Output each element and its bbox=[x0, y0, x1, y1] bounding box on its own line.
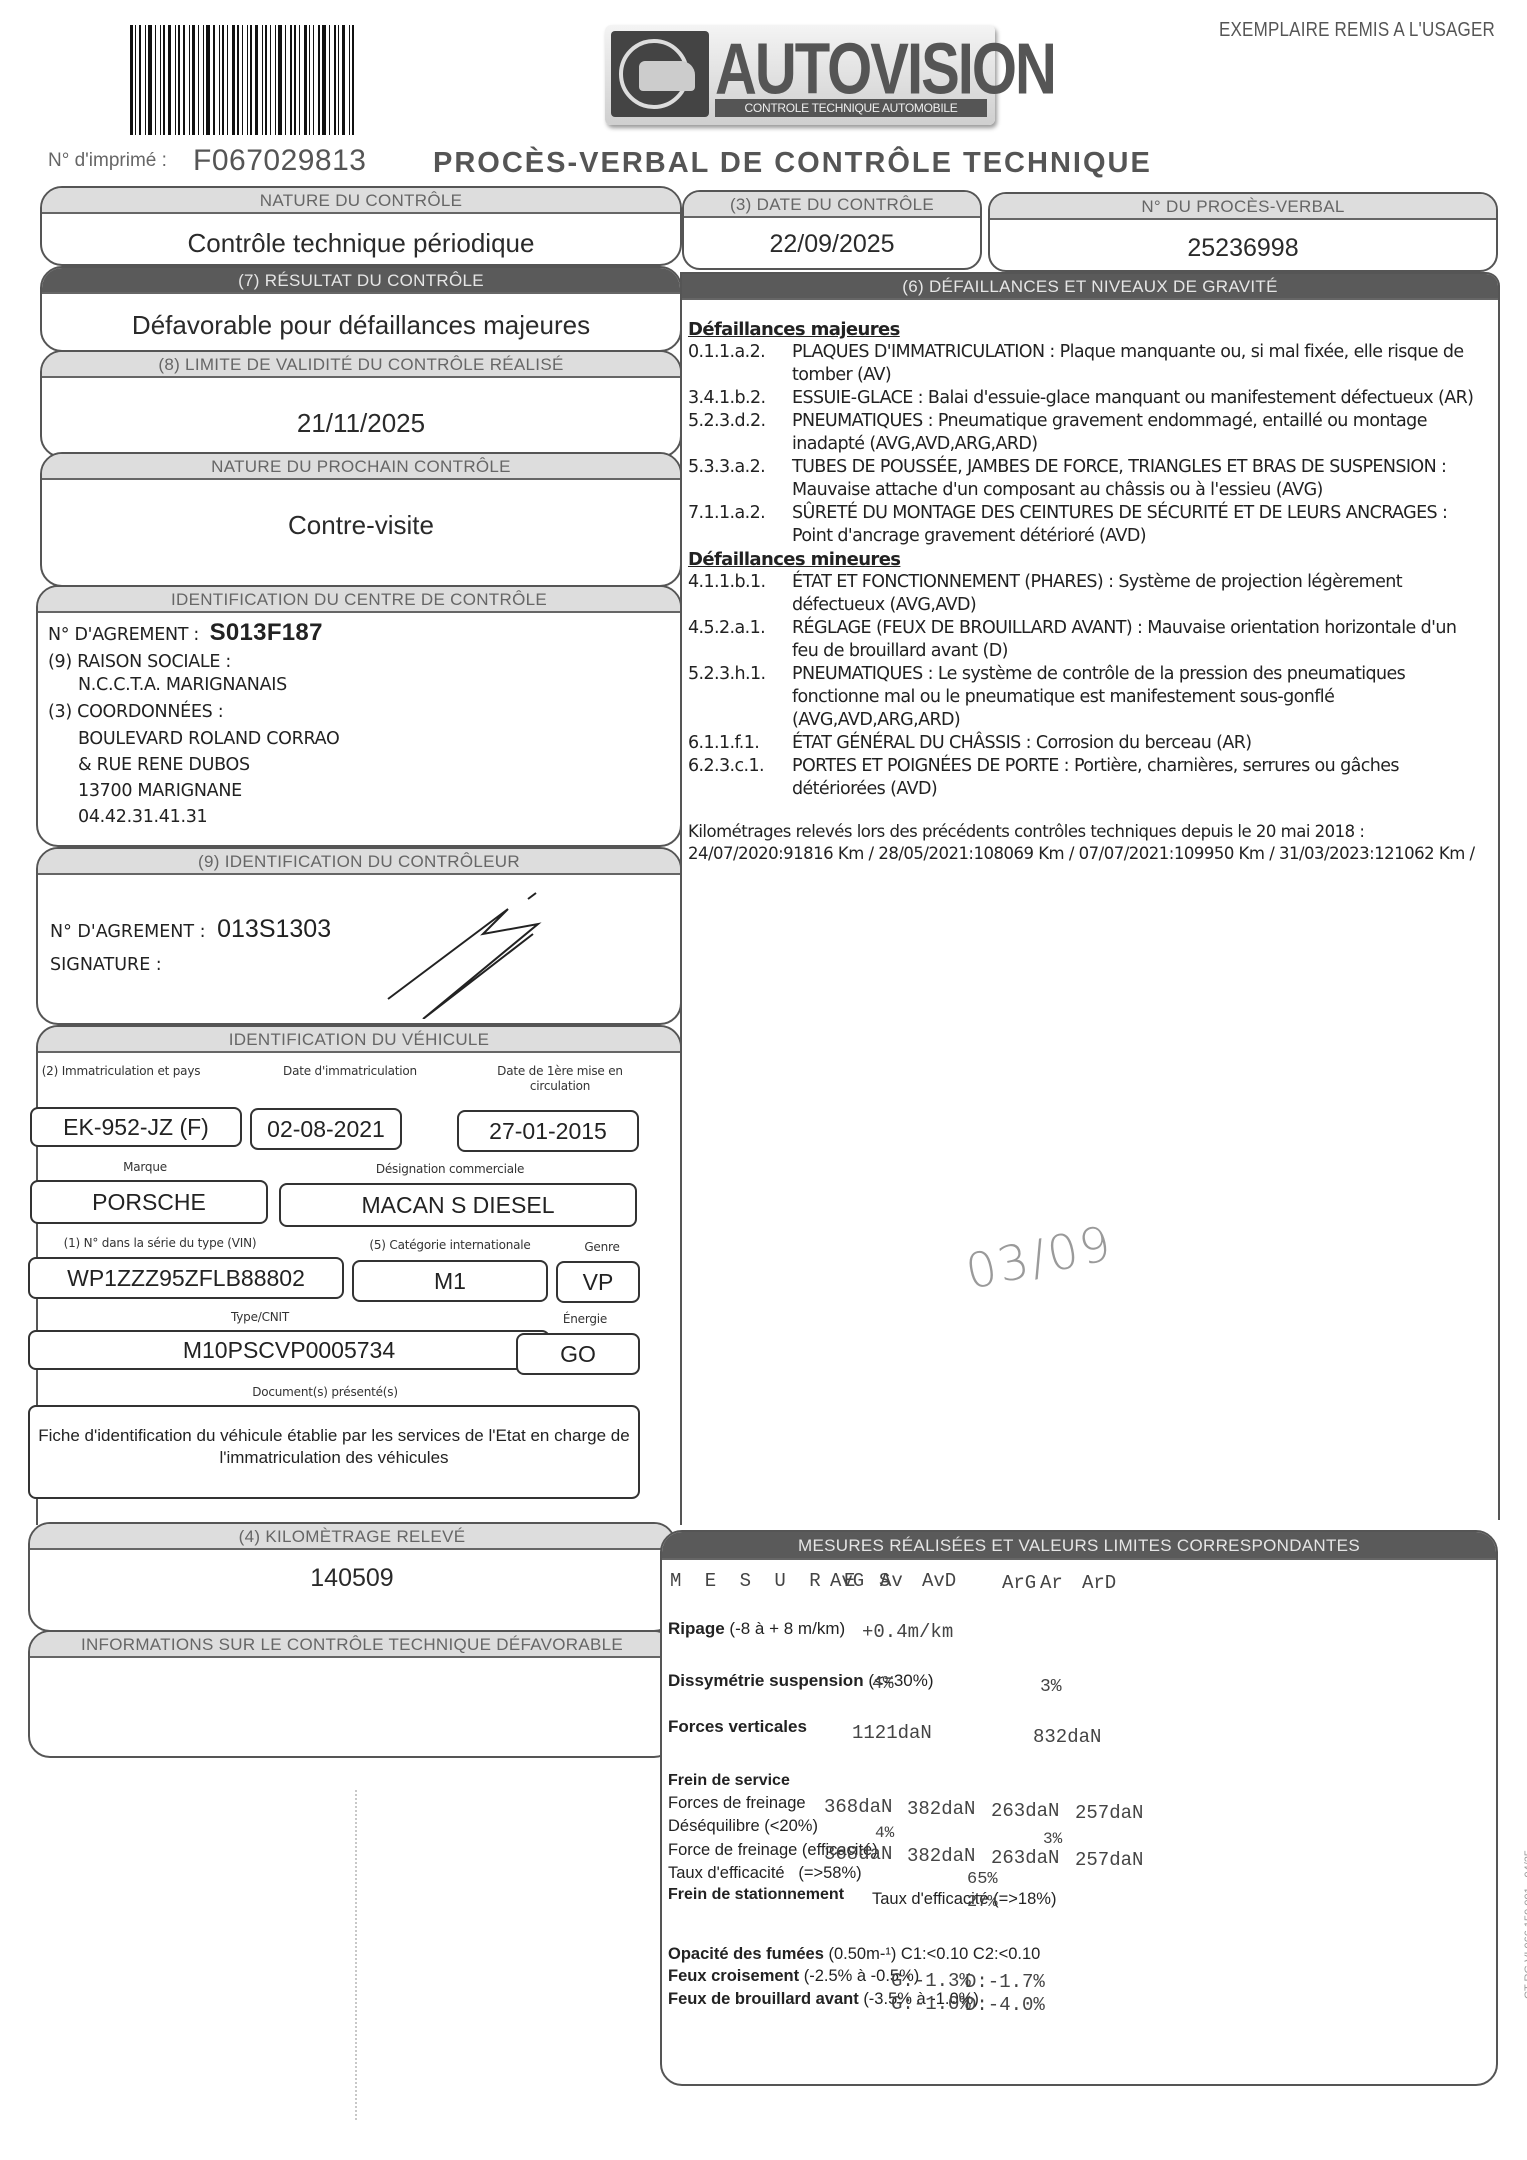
forces-freinage-label: Forces de freinage bbox=[668, 1794, 806, 1813]
col-avg: AvG bbox=[830, 1570, 864, 1592]
defaillance-code: 5.2.3.d.2. bbox=[688, 410, 792, 456]
scan-fold-line bbox=[355, 1790, 357, 2120]
feux-brouillard-d: D:-4.0% bbox=[965, 1994, 1045, 2016]
genre-field: VP bbox=[556, 1261, 640, 1303]
feux-brouillard-g: G:-1.0% bbox=[891, 1993, 971, 2015]
force-efficacite-avg: 368daN bbox=[824, 1843, 892, 1865]
force-efficacite-ard: 257daN bbox=[1075, 1849, 1143, 1871]
opacite-label: Opacité des fumées bbox=[668, 1945, 824, 1963]
desequilibre-ar: 3% bbox=[1043, 1830, 1062, 1848]
defaillance-code: 7.1.1.a.2. bbox=[688, 502, 792, 548]
cnit-label: Type/CNIT bbox=[215, 1310, 305, 1325]
date-controle-value: 22/09/2025 bbox=[684, 218, 980, 259]
date-controle-heading: (3) DATE DU CONTRÔLE bbox=[684, 192, 980, 218]
barcode bbox=[130, 25, 430, 135]
kilometrage-section: (4) KILOMÈTRAGE RELEVÉ 140509 bbox=[28, 1522, 676, 1632]
col-av: Av bbox=[880, 1570, 903, 1592]
defaillance-item: 0.1.1.a.2.PLAQUES D'IMMATRICULATION : Pl… bbox=[688, 341, 1484, 387]
defaillance-code: 5.3.3.a.2. bbox=[688, 456, 792, 502]
address-line: 13700 MARIGNANE bbox=[78, 778, 670, 804]
defaillance-code: 0.1.1.a.2. bbox=[688, 341, 792, 387]
vin-field: WP1ZZZ95ZFLB88802 bbox=[28, 1257, 344, 1299]
immat-label: (2) Immatriculation et pays bbox=[36, 1064, 206, 1079]
majeures-title: Défaillances majeures bbox=[688, 318, 1484, 341]
prochain-controle-heading: NATURE DU PROCHAIN CONTRÔLE bbox=[42, 454, 680, 480]
cnit-field: M10PSCVP0005734 bbox=[28, 1330, 550, 1370]
kilometrage-value: 140509 bbox=[30, 1550, 674, 1593]
feux-brouillard-label: Feux de brouillard avant bbox=[668, 1990, 859, 2008]
col-ar: Ar bbox=[1040, 1572, 1063, 1594]
forces-freinage-ard: 257daN bbox=[1075, 1802, 1143, 1824]
prochain-controle-section: NATURE DU PROCHAIN CONTRÔLE Contre-visit… bbox=[40, 452, 682, 587]
desequilibre-label: Déséquilibre (<20%) bbox=[668, 1817, 818, 1836]
col-ard: ArD bbox=[1082, 1572, 1116, 1594]
prochain-controle-value: Contre-visite bbox=[42, 480, 680, 541]
validite-value: 21/11/2025 bbox=[42, 378, 680, 439]
controleur-heading: (9) IDENTIFICATION DU CONTRÔLEUR bbox=[38, 849, 680, 875]
address-line: & RUE RENE DUBOS bbox=[78, 752, 670, 778]
col-arg: ArG bbox=[1002, 1572, 1036, 1594]
categorie-label: (5) Catégorie internationale bbox=[350, 1238, 550, 1253]
defaillance-text: PORTES ET POIGNÉES DE PORTE : Portière, … bbox=[792, 755, 1484, 801]
defaillance-text: ÉTAT GÉNÉRAL DU CHÂSSIS : Corrosion du b… bbox=[792, 732, 1484, 755]
defaillance-code: 4.5.2.a.1. bbox=[688, 617, 792, 663]
forces-freinage-arg: 263daN bbox=[991, 1800, 1059, 1822]
defaillance-text: PNEUMATIQUES : Le système de contrôle de… bbox=[792, 663, 1484, 732]
form-reference: CT RG VI 066 150 001 - 04/25 bbox=[1523, 1850, 1527, 1999]
opacite-row: Opacité des fumées (0.50m-¹) C1:<0.10 C2… bbox=[668, 1945, 1040, 1964]
force-efficacite-arg: 263daN bbox=[991, 1847, 1059, 1869]
km-history-intro: Kilométrages relevés lors des précédents… bbox=[688, 821, 1484, 843]
pv-number-value: 25236998 bbox=[990, 220, 1496, 263]
resultat-value: Défavorable pour défaillances majeures bbox=[42, 294, 680, 341]
defaillance-text: PLAQUES D'IMMATRICULATION : Plaque manqu… bbox=[792, 341, 1484, 387]
coordonnees-label: (3) COORDONNÉES : bbox=[48, 699, 670, 726]
frein-service-label: Frein de service bbox=[668, 1772, 790, 1790]
categorie-field: M1 bbox=[352, 1260, 548, 1302]
stationnement-taux-value: 27% bbox=[967, 1893, 998, 1912]
defaillance-text: TUBES DE POUSSÉE, JAMBES DE FORCE, TRIAN… bbox=[792, 456, 1484, 502]
defaillance-item: 4.1.1.b.1.ÉTAT ET FONCTIONNEMENT (PHARES… bbox=[688, 571, 1484, 617]
defaillance-text: SÛRETÉ DU MONTAGE DES CEINTURES DE SÉCUR… bbox=[792, 502, 1484, 548]
print-number-label: N° d'imprimé : bbox=[48, 150, 167, 172]
defaillance-code: 5.2.3.h.1. bbox=[688, 663, 792, 732]
frein-stationnement-label: Frein de stationnement bbox=[668, 1886, 844, 1904]
feux-croisement-row: Feux croisement (-2.5% à -0.5%) bbox=[668, 1967, 919, 1986]
opacite-values: (0.50m-¹) C1:<0.10 C2:<0.10 bbox=[829, 1945, 1041, 1963]
ripage-row: Ripage (-8 à + 8 m/km) bbox=[668, 1619, 845, 1639]
autovision-logo: AUTOVISION CONTROLE TECHNIQUE AUTOMOBILE bbox=[605, 25, 1000, 130]
mineures-title: Défaillances mineures bbox=[688, 548, 1484, 571]
defaillance-item: 6.1.1.f.1.ÉTAT GÉNÉRAL DU CHÂSSIS : Corr… bbox=[688, 732, 1484, 755]
controleur-section: (9) IDENTIFICATION DU CONTRÔLEUR N° D'AG… bbox=[36, 847, 682, 1025]
defaillance-item: 3.4.1.b.2.ESSUIE-GLACE : Balai d'essuie-… bbox=[688, 387, 1484, 410]
defaillance-item: 6.2.3.c.1.PORTES ET POIGNÉES DE PORTE : … bbox=[688, 755, 1484, 801]
defaillance-code: 6.2.3.c.1. bbox=[688, 755, 792, 801]
document-title: PROCÈS-VERBAL DE CONTRÔLE TECHNIQUE bbox=[433, 147, 1152, 180]
controleur-agrement-label: N° D'AGREMENT : bbox=[50, 922, 206, 942]
dissymetrie-label: Dissymétrie suspension bbox=[668, 1671, 864, 1690]
km-history-values: 24/07/2020:91816 Km / 28/05/2021:108069 … bbox=[688, 843, 1484, 865]
copy-notice: EXEMPLAIRE REMIS A L'USAGER bbox=[1219, 18, 1495, 42]
resultat-section: (7) RÉSULTAT DU CONTRÔLE Défavorable pou… bbox=[40, 266, 682, 352]
brand-subtitle: CONTROLE TECHNIQUE AUTOMOBILE bbox=[715, 99, 987, 117]
signature-label: SIGNATURE : bbox=[50, 955, 162, 975]
infos-defavorable-heading: INFORMATIONS SUR LE CONTRÔLE TECHNIQUE D… bbox=[30, 1632, 674, 1658]
phone-number: 04.42.31.41.31 bbox=[78, 804, 670, 830]
forces-verticales-ar: 832daN bbox=[1033, 1726, 1101, 1748]
ripage-value: +0.4m/km bbox=[862, 1621, 953, 1643]
desequilibre-av: 4% bbox=[875, 1824, 894, 1842]
centre-heading: IDENTIFICATION DU CENTRE DE CONTRÔLE bbox=[38, 587, 680, 613]
kilometrage-heading: (4) KILOMÈTRAGE RELEVÉ bbox=[30, 1524, 674, 1550]
marque-field: PORSCHE bbox=[30, 1180, 268, 1224]
defaillance-code: 4.1.1.b.1. bbox=[688, 571, 792, 617]
defaillance-text: RÉGLAGE (FEUX DE BROUILLARD AVANT) : Mau… bbox=[792, 617, 1484, 663]
pv-number-section: N° DU PROCÈS-VERBAL 25236998 bbox=[988, 192, 1498, 272]
raison-sociale-value: N.C.C.T.A. MARIGNANAIS bbox=[48, 672, 670, 699]
centre-agrement-label: N° D'AGREMENT : bbox=[48, 625, 199, 645]
nature-controle-section: NATURE DU CONTRÔLE Contrôle technique pé… bbox=[40, 186, 682, 266]
mesures-heading: MESURES RÉALISÉES ET VALEURS LIMITES COR… bbox=[662, 1532, 1496, 1560]
defaillance-item: 5.2.3.h.1.PNEUMATIQUES : Le système de c… bbox=[688, 663, 1484, 732]
marque-label: Marque bbox=[110, 1160, 180, 1175]
defaillance-item: 5.2.3.d.2.PNEUMATIQUES : Pneumatique gra… bbox=[688, 410, 1484, 456]
infos-defavorable-section: INFORMATIONS SUR LE CONTRÔLE TECHNIQUE D… bbox=[28, 1630, 676, 1758]
validite-section: (8) LIMITE DE VALIDITÉ DU CONTRÔLE RÉALI… bbox=[40, 350, 682, 458]
centre-address: BOULEVARD ROLAND CORRAO & RUE RENE DUBOS… bbox=[48, 726, 670, 830]
forces-verticales-av: 1121daN bbox=[852, 1722, 932, 1744]
nature-controle-heading: NATURE DU CONTRÔLE bbox=[42, 188, 680, 214]
forces-freinage-avg: 368daN bbox=[824, 1796, 892, 1818]
documents-field: Fiche d'identification du véhicule établ… bbox=[28, 1405, 640, 1499]
print-number-value: F067029813 bbox=[193, 144, 367, 178]
signature-drawing bbox=[368, 879, 568, 1019]
defaillance-item: 4.5.2.a.1.RÉGLAGE (FEUX DE BROUILLARD AV… bbox=[688, 617, 1484, 663]
controleur-agrement-value: 013S1303 bbox=[217, 915, 331, 943]
defaillance-code: 6.1.1.f.1. bbox=[688, 732, 792, 755]
energie-field: GO bbox=[516, 1333, 640, 1375]
designation-field: MACAN S DIESEL bbox=[279, 1183, 637, 1227]
dissymetrie-av: 4% bbox=[872, 1674, 894, 1694]
designation-label: Désignation commerciale bbox=[350, 1162, 550, 1177]
vehicule-heading: IDENTIFICATION DU VÉHICULE bbox=[38, 1027, 680, 1053]
defaillances-list: Défaillances majeures 0.1.1.a.2.PLAQUES … bbox=[682, 300, 1498, 801]
defaillance-item: 7.1.1.a.2.SÛRETÉ DU MONTAGE DES CEINTURE… bbox=[688, 502, 1484, 548]
date-circulation-field: 27-01-2015 bbox=[457, 1110, 639, 1152]
date-controle-section: (3) DATE DU CONTRÔLE 22/09/2025 bbox=[682, 190, 982, 270]
defaillance-code: 3.4.1.b.2. bbox=[688, 387, 792, 410]
centre-agrement-value: S013F187 bbox=[210, 619, 323, 646]
defaillance-item: 5.3.3.a.2.TUBES DE POUSSÉE, JAMBES DE FO… bbox=[688, 456, 1484, 502]
km-history: Kilométrages relevés lors des précédents… bbox=[682, 801, 1498, 865]
taux-efficacite-value: 65% bbox=[967, 1870, 998, 1889]
date-circulation-label: Date de 1ère mise en circulation bbox=[470, 1064, 650, 1094]
defaillance-text: ÉTAT ET FONCTIONNEMENT (PHARES) : Systèm… bbox=[792, 571, 1484, 617]
genre-label: Genre bbox=[577, 1240, 627, 1255]
resultat-heading: (7) RÉSULTAT DU CONTRÔLE bbox=[42, 268, 680, 294]
defaillances-section: (6) DÉFAILLANCES ET NIVEAUX DE GRAVITÉ D… bbox=[680, 272, 1500, 1520]
feux-croisement-g: G:-1.3% bbox=[891, 1970, 971, 1992]
col-avd: AvD bbox=[922, 1570, 956, 1592]
centre-section: IDENTIFICATION DU CENTRE DE CONTRÔLE N° … bbox=[36, 585, 682, 847]
ripage-limit: (-8 à + 8 m/km) bbox=[729, 1619, 845, 1638]
car-inspection-icon bbox=[611, 31, 709, 117]
nature-controle-value: Contrôle technique périodique bbox=[42, 214, 680, 259]
ripage-label: Ripage bbox=[668, 1619, 725, 1638]
date-immatriculation-field: 02-08-2021 bbox=[250, 1108, 402, 1150]
pv-number-heading: N° DU PROCÈS-VERBAL bbox=[990, 194, 1496, 220]
documents-label: Document(s) présenté(s) bbox=[220, 1385, 430, 1400]
taux-efficacite-label: Taux d'efficacité (=>58%) bbox=[668, 1864, 862, 1883]
date-immat-label: Date d'immatriculation bbox=[265, 1064, 435, 1079]
force-efficacite-avd: 382daN bbox=[907, 1845, 975, 1867]
feux-croisement-label: Feux croisement bbox=[668, 1967, 799, 1985]
energie-label: Énergie bbox=[555, 1312, 615, 1327]
immatriculation-field: EK-952-JZ (F) bbox=[30, 1107, 242, 1147]
vin-label: (1) N° dans la série du type (VIN) bbox=[60, 1236, 260, 1251]
address-line: BOULEVARD ROLAND CORRAO bbox=[78, 726, 670, 752]
defaillances-heading: (6) DÉFAILLANCES ET NIVEAUX DE GRAVITÉ bbox=[682, 274, 1498, 300]
defaillance-text: ESSUIE-GLACE : Balai d'essuie-glace manq… bbox=[792, 387, 1484, 410]
dissymetrie-ar: 3% bbox=[1040, 1677, 1062, 1697]
validite-heading: (8) LIMITE DE VALIDITÉ DU CONTRÔLE RÉALI… bbox=[42, 352, 680, 378]
forces-verticales-label: Forces verticales bbox=[668, 1717, 807, 1737]
forces-freinage-avd: 382daN bbox=[907, 1798, 975, 1820]
defaillance-text: PNEUMATIQUES : Pneumatique gravement end… bbox=[792, 410, 1484, 456]
stationnement-taux-label: Taux d'efficacité (=>18%) bbox=[872, 1890, 1056, 1909]
